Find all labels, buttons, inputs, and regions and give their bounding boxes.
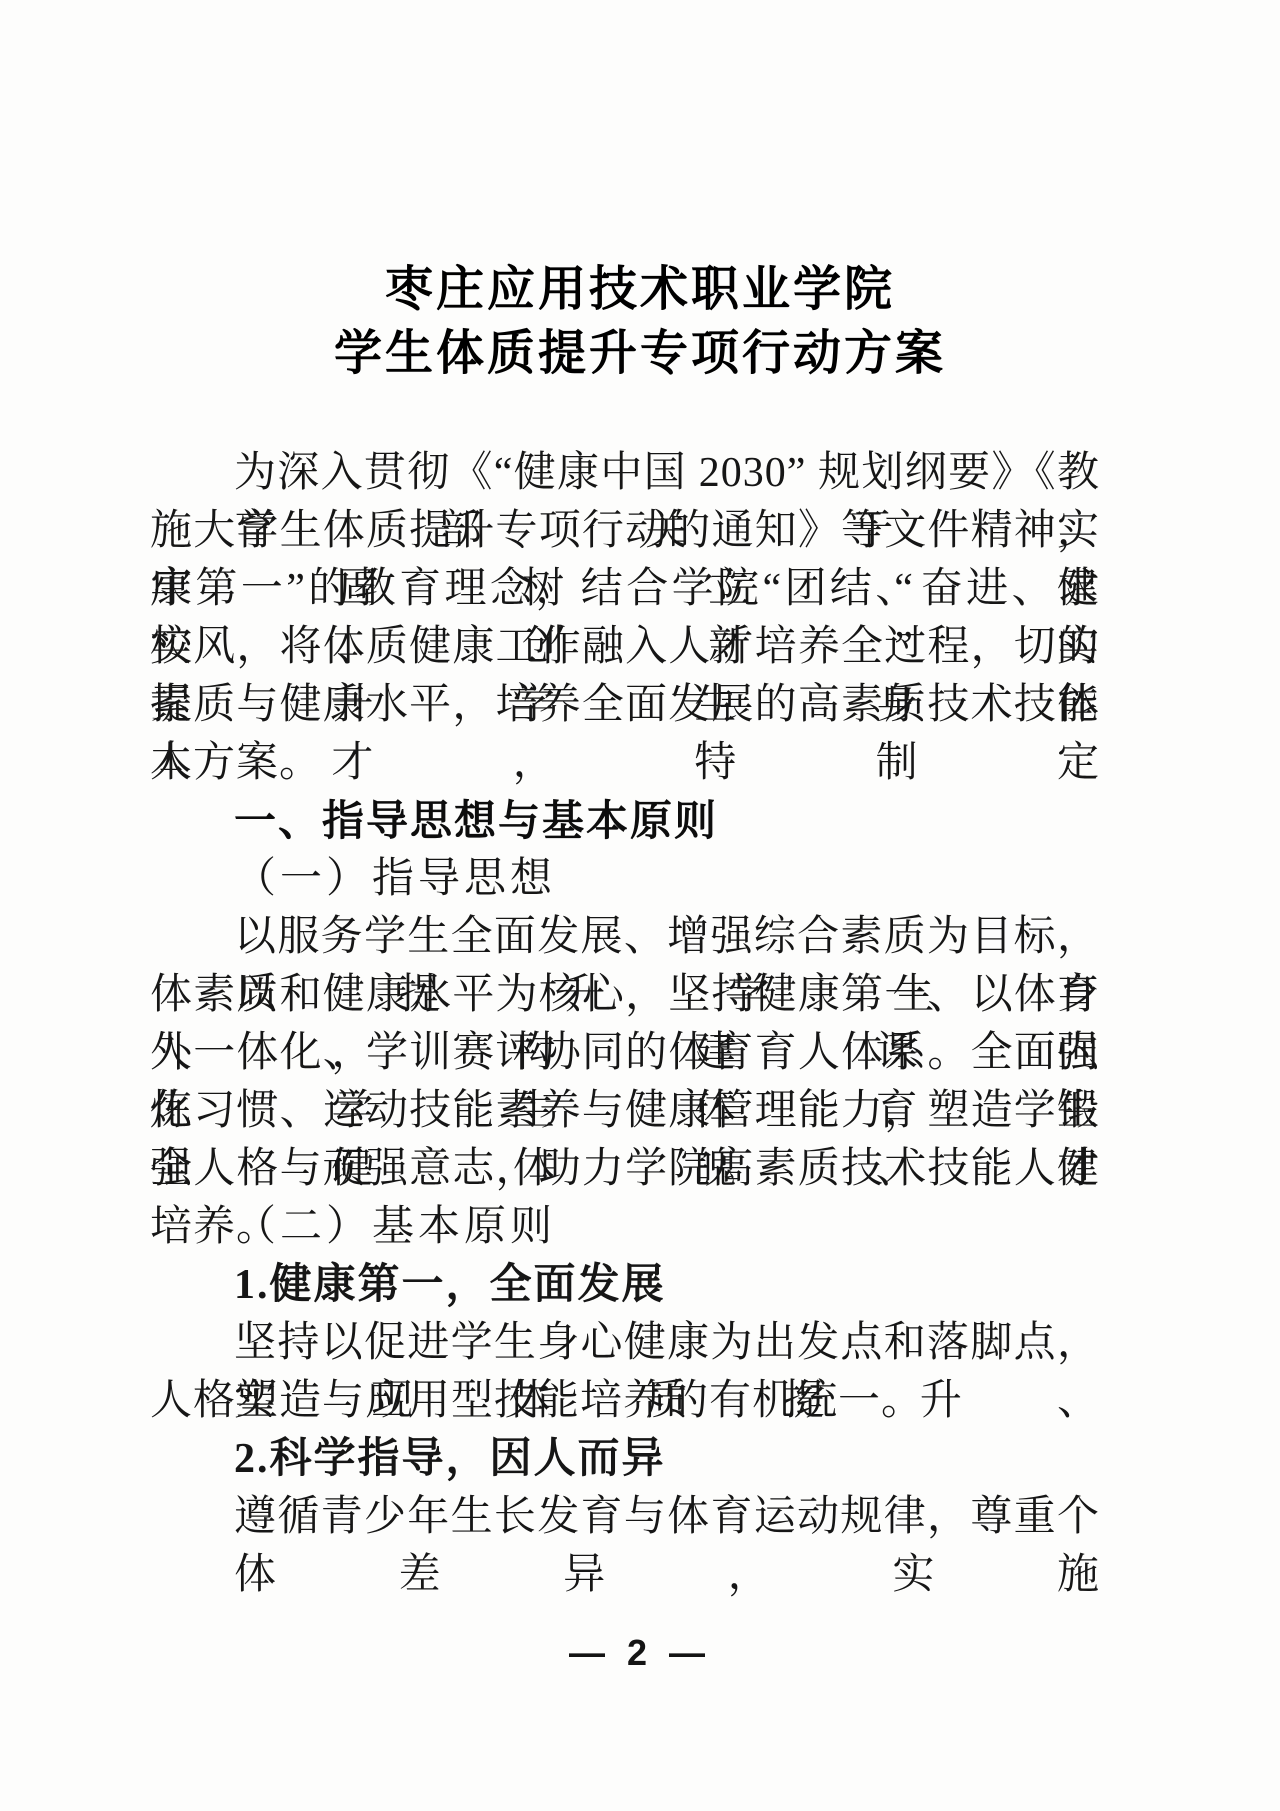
text-line: 外一体化、学训赛评协同的体育育人体系。全面强化学生体育锻 <box>150 1024 1100 1082</box>
text-line: 坚持以促进学生身心健康为出发点和落脚点，实现体质提升、 <box>150 1314 1100 1372</box>
document-title: 枣庄应用技术职业学院学生体质提升专项行动方案 <box>0 0 1280 386</box>
text-line: 遵循青少年生长发育与体育运动规律，尊重个体差异，实施 <box>150 1488 1100 1546</box>
text-line: 炼习惯、运动技能素养与健康管理能力，塑造学生强健体魄、健 <box>150 1082 1100 1140</box>
text-line: 1.健康第一，全面发展 <box>150 1256 1100 1314</box>
text-line: 校风，将体质健康工作融入人才培养全过程，切实提升学生身体 <box>150 618 1100 676</box>
text-line: 以服务学生全面发展、增强综合素质为目标，以提升学生身 <box>150 908 1100 966</box>
title-line: 学生体质提升专项行动方案 <box>0 322 1280 386</box>
text-line: 全人格与顽强意志，助力学院高素质技术技能人才培养。 <box>150 1140 1100 1198</box>
text-line: 康第一”的教育理念，结合学院“团结、奋进、求实、创新”的 <box>150 560 1100 618</box>
title-line: 枣庄应用技术职业学院 <box>0 258 1280 322</box>
page-number: — 2 — <box>0 1632 1280 1674</box>
text-line: 素质与健康水平，培养全面发展的高素质技术技能人才，特制定 <box>150 676 1100 734</box>
text-line: （二）基本原则 <box>150 1198 1100 1256</box>
text-line: （一）指导思想 <box>150 850 1100 908</box>
text-line: 2.科学指导，因人而异 <box>150 1430 1100 1488</box>
text-line: 为深入贯彻《“健康中国 2030” 规划纲要》《教育部关于实 <box>150 444 1100 502</box>
document-page: 枣庄应用技术职业学院学生体质提升专项行动方案 为深入贯彻《“健康中国 2030”… <box>0 0 1280 1811</box>
document-body: 为深入贯彻《“健康中国 2030” 规划纲要》《教育部关于实施大学生体质提升专项… <box>150 444 1100 1546</box>
text-line: 一、指导思想与基本原则 <box>150 792 1100 850</box>
text-line: 施大学生体质提升专项行动的通知》等文件精神，牢固树立“健 <box>150 502 1100 560</box>
text-line: 体素质和健康水平为核心，坚持健康第一、以体育人，构建课内 <box>150 966 1100 1024</box>
